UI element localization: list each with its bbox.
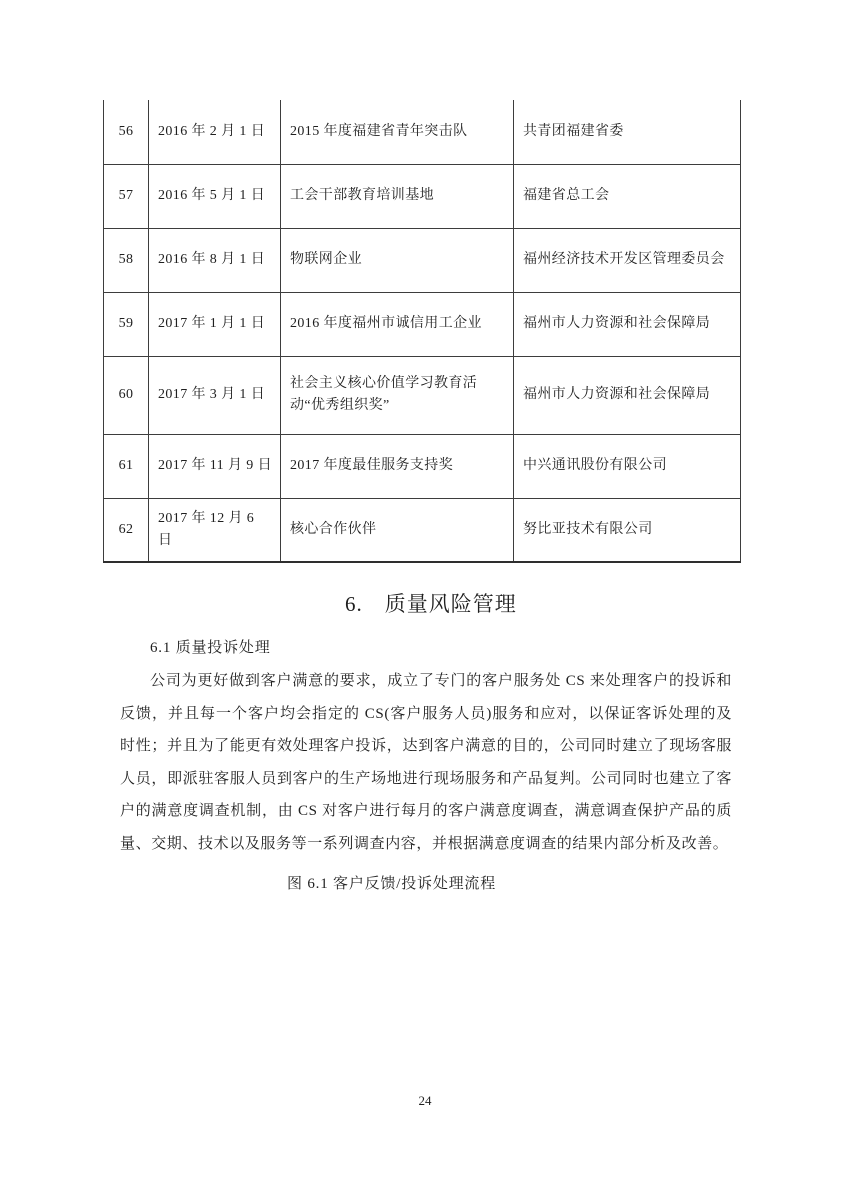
award-no-cell: 57 xyxy=(104,164,149,228)
award-org-cell: 福州经济技术开发区管理委员会 xyxy=(514,228,741,292)
table-row: 60 2017 年 3 月 1 日 社会主义核心价值学习教育活动“优秀组织奖” … xyxy=(104,356,741,434)
award-no-cell: 61 xyxy=(104,434,149,498)
award-name-cell: 社会主义核心价值学习教育活动“优秀组织奖” xyxy=(281,356,514,434)
award-no-cell: 60 xyxy=(104,356,149,434)
table-row: 57 2016 年 5 月 1 日 工会干部教育培训基地 福建省总工会 xyxy=(104,164,741,228)
page-number: 24 xyxy=(0,1093,850,1109)
table-row: 59 2017 年 1 月 1 日 2016 年度福州市诚信用工企业 福州市人力… xyxy=(104,292,741,356)
award-org-cell: 福州市人力资源和社会保障局 xyxy=(514,356,741,434)
award-name-cell: 物联网企业 xyxy=(281,228,514,292)
award-org-cell: 福建省总工会 xyxy=(514,164,741,228)
award-date-cell: 2016 年 2 月 1 日 xyxy=(149,100,281,164)
award-date-cell: 2016 年 8 月 1 日 xyxy=(149,228,281,292)
award-date-cell: 2016 年 5 月 1 日 xyxy=(149,164,281,228)
figure-caption: 图 6.1 客户反馈/投诉处理流程 xyxy=(287,872,496,893)
award-date-cell: 2017 年 12 月 6 日 xyxy=(149,498,281,562)
award-date-cell: 2017 年 11 月 9 日 xyxy=(149,434,281,498)
award-no-cell: 59 xyxy=(104,292,149,356)
award-org-cell: 福州市人力资源和社会保障局 xyxy=(514,292,741,356)
award-org-cell: 中兴通讯股份有限公司 xyxy=(514,434,741,498)
table-row: 61 2017 年 11 月 9 日 2017 年度最佳服务支持奖 中兴通讯股份… xyxy=(104,434,741,498)
award-name-cell: 工会干部教育培训基地 xyxy=(281,164,514,228)
subsection-heading: 6.1 质量投诉处理 xyxy=(150,636,271,657)
award-no-cell: 56 xyxy=(104,100,149,164)
body-paragraph: 公司为更好做到客户满意的要求，成立了专门的客户服务处 CS 来处理客户的投诉和反… xyxy=(120,665,732,860)
award-org-cell: 共青团福建省委 xyxy=(514,100,741,164)
document-page: 56 2016 年 2 月 1 日 2015 年度福建省青年突击队 共青团福建省… xyxy=(0,0,850,1202)
table-row: 56 2016 年 2 月 1 日 2015 年度福建省青年突击队 共青团福建省… xyxy=(104,100,741,164)
award-name-cell: 核心合作伙伴 xyxy=(281,498,514,562)
award-no-cell: 58 xyxy=(104,228,149,292)
table-row: 62 2017 年 12 月 6 日 核心合作伙伴 努比亚技术有限公司 xyxy=(104,498,741,562)
award-date-cell: 2017 年 1 月 1 日 xyxy=(149,292,281,356)
award-no-cell: 62 xyxy=(104,498,149,562)
award-name-cell: 2017 年度最佳服务支持奖 xyxy=(281,434,514,498)
award-org-cell: 努比亚技术有限公司 xyxy=(514,498,741,562)
table-row: 58 2016 年 8 月 1 日 物联网企业 福州经济技术开发区管理委员会 xyxy=(104,228,741,292)
award-name-cell: 2015 年度福建省青年突击队 xyxy=(281,100,514,164)
section-heading: 6. 质量风险管理 xyxy=(345,588,517,618)
award-name-cell: 2016 年度福州市诚信用工企业 xyxy=(281,292,514,356)
award-date-cell: 2017 年 3 月 1 日 xyxy=(149,356,281,434)
awards-table: 56 2016 年 2 月 1 日 2015 年度福建省青年突击队 共青团福建省… xyxy=(103,100,741,563)
